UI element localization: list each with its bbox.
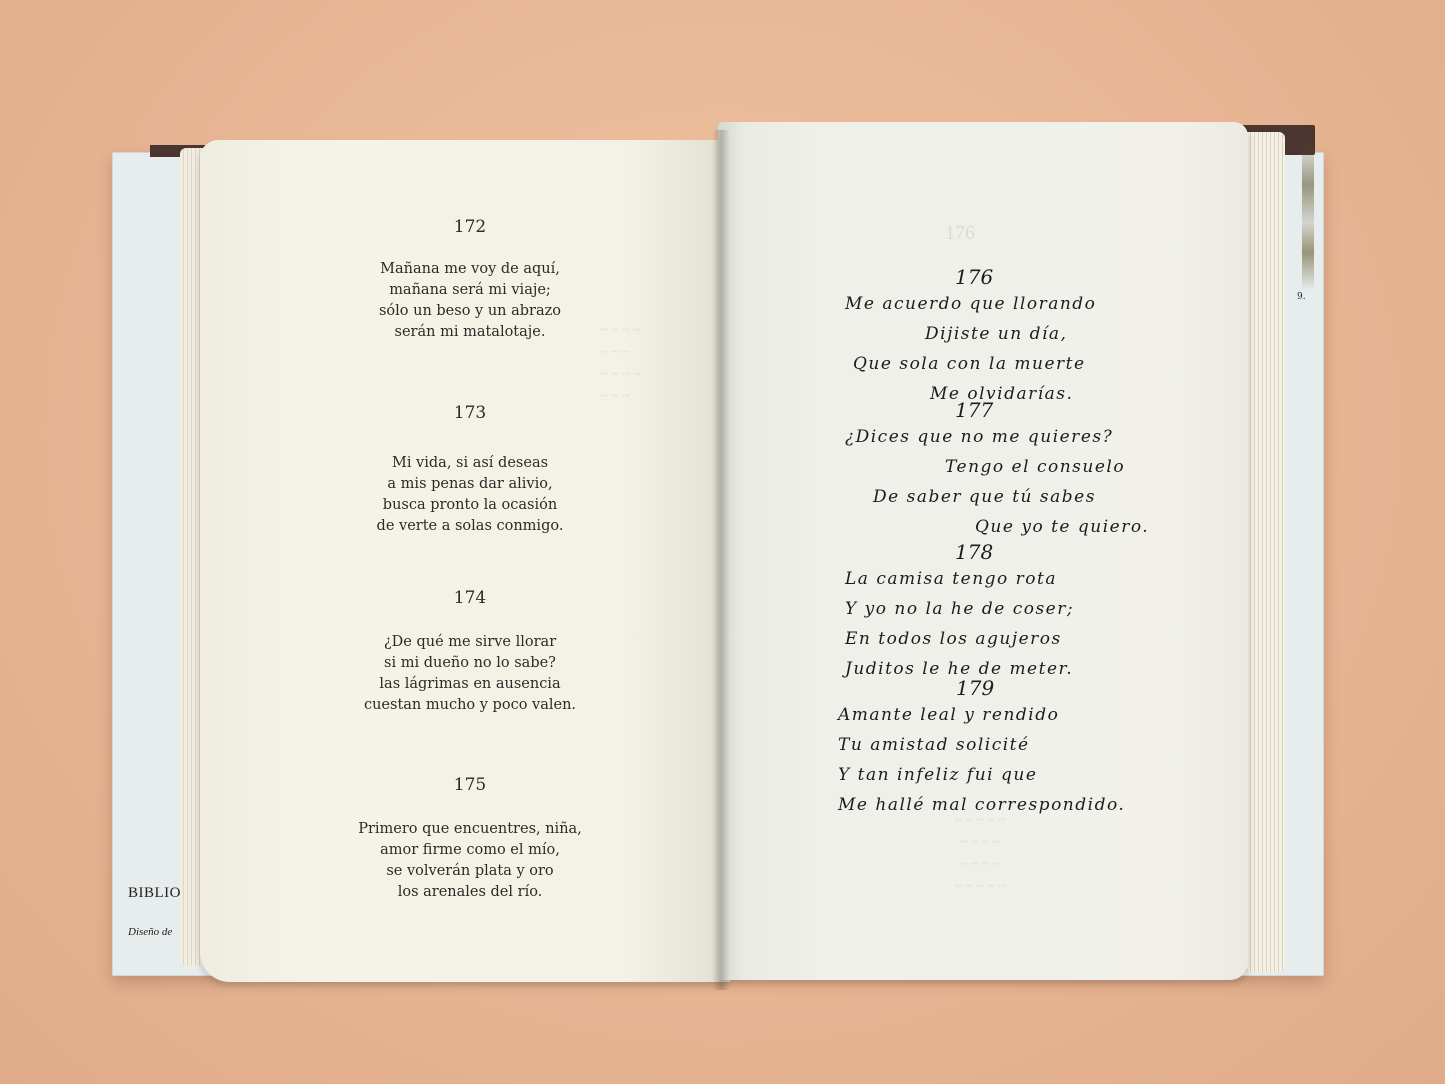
- poem-line: amor firme como el mío,: [340, 840, 600, 861]
- handwritten-poem-177: 177 ¿Dices que no me quieres? Tengo el c…: [845, 398, 1149, 542]
- book-gutter: [712, 130, 730, 990]
- poem-number: 174: [340, 588, 600, 608]
- poem-line: serán mi matalotaje.: [340, 322, 600, 343]
- poem-line: si mi dueño no lo sabe?: [340, 653, 600, 674]
- poem-number: 173: [340, 403, 600, 423]
- poem-line: Me acuerdo que llorando: [845, 289, 1096, 319]
- poem-line: a mis penas dar alivio,: [340, 474, 600, 495]
- poem-number: 176: [955, 265, 1096, 289]
- poem-line: Tengo el consuelo: [945, 452, 1149, 482]
- poem-174: 174 ¿De qué me sirve llorar si mi dueño …: [340, 588, 600, 716]
- poem-line: De saber que tú sabes: [873, 482, 1149, 512]
- cover-stain: [1302, 140, 1314, 290]
- poem-line: los arenales del río.: [340, 882, 600, 903]
- poem-line: Mi vida, si así deseas: [340, 453, 600, 474]
- poem-line: La camisa tengo rota: [845, 564, 1074, 594]
- poem-line: busca pronto la ocasión: [340, 495, 600, 516]
- poem-line: Dijiste un día,: [925, 319, 1096, 349]
- show-through-text: ~ ~ ~ ~ ~~ ~ ~ ~~ ~ ~ ~~ ~ ~ ~ ~: [900, 810, 1060, 898]
- poem-line: Y tan infeliz fui que: [838, 760, 1125, 790]
- poem-line: Que sola con la muerte: [853, 349, 1096, 379]
- show-through-text: ~ ~ ~ ~~ ~ ~~ ~ ~ ~~ ~ ~: [600, 320, 700, 408]
- poem-line: Amante leal y rendido: [838, 700, 1125, 730]
- poem-172: 172 Mañana me voy de aquí, mañana será m…: [340, 217, 600, 343]
- poem-175: 175 Primero que encuentres, niña, amor f…: [340, 775, 600, 903]
- handwritten-poem-176: 176 Me acuerdo que llorando Dijiste un d…: [845, 265, 1096, 409]
- poem-number: 177: [955, 398, 1149, 422]
- poem-number: 175: [340, 775, 600, 795]
- poem-number: 179: [956, 676, 1125, 700]
- poem-line: En todos los agujeros: [845, 624, 1074, 654]
- poem-line: de verte a solas conmigo.: [340, 516, 600, 537]
- poem-line: Y yo no la he de coser;: [845, 594, 1074, 624]
- handwritten-poem-179: 179 Amante leal y rendido Tu amistad sol…: [838, 676, 1125, 820]
- poem-line: ¿De qué me sirve llorar: [340, 632, 600, 653]
- poem-number: 172: [340, 217, 600, 237]
- poem-line: Mañana me voy de aquí,: [340, 259, 600, 280]
- handwritten-poem-178: 178 La camisa tengo rota Y yo no la he d…: [845, 540, 1074, 684]
- poem-line: Primero que encuentres, niña,: [340, 819, 600, 840]
- poem-line: ¿Dices que no me quieres?: [845, 422, 1149, 452]
- cover-edge-mark: 9.: [1297, 292, 1306, 302]
- poem-line: Me hallé mal correspondido.: [838, 790, 1125, 820]
- show-through-text: 176: [860, 222, 1060, 244]
- poem-line: sólo un beso y un abrazo: [340, 301, 600, 322]
- poem-line: cuestan mucho y poco valen.: [340, 695, 600, 716]
- poem-line: mañana será mi viaje;: [340, 280, 600, 301]
- poem-line: las lágrimas en ausencia: [340, 674, 600, 695]
- poem-line: Que yo te quiero.: [975, 512, 1149, 542]
- poem-number: 178: [955, 540, 1074, 564]
- poem-173: 173 Mi vida, si así deseas a mis penas d…: [340, 403, 600, 537]
- poem-line: Tu amistad solicité: [838, 730, 1125, 760]
- poem-line: se volverán plata y oro: [340, 861, 600, 882]
